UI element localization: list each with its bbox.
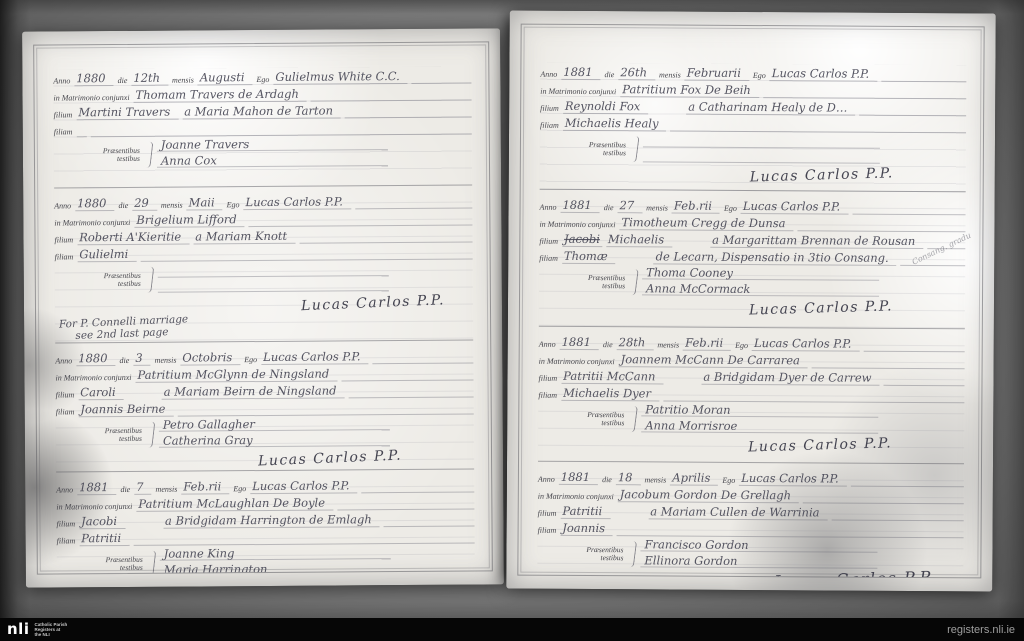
witness-2 — [158, 278, 389, 293]
witness-brace — [143, 267, 154, 293]
witness-1: Petro Gallagher — [159, 416, 390, 432]
nli-logo-icon: nli — [7, 622, 29, 637]
witness-brace — [626, 541, 637, 567]
witness-label: Præsentibus testibus — [55, 265, 141, 296]
witness-1: Francisco Gordon — [640, 537, 877, 552]
entry-groom-father: Roberti A'Kieritie — [77, 230, 189, 246]
entry-year: 1881 — [561, 65, 600, 80]
label-filiam: filiam — [54, 127, 73, 137]
label-anno: Anno — [53, 76, 70, 86]
page-content: Anno 1880 die 12th mensis Augusti Ego Gu… — [35, 42, 491, 573]
entry-day: 18 — [616, 470, 641, 485]
entry-groom-father: Jacobi — [79, 514, 125, 529]
witness-1 — [643, 134, 880, 148]
witness-1: Joanne Travers — [157, 136, 388, 152]
witness-1: Patritio Moran — [641, 402, 878, 417]
witness-2 — [643, 149, 880, 163]
register-entry: Anno 1881 die 26th mensis Februarii Ego … — [540, 63, 967, 192]
entry-groom: Joannem McCann De Carrarea — [619, 352, 808, 368]
witness-2: Maria Harrington — [160, 561, 391, 573]
entry-groom: Patritium McGlynn de Ningsland — [135, 366, 337, 382]
entry-bride: a Mariam Beirn de Ningsland — [162, 383, 345, 399]
witness-1: Joanne King — [160, 545, 391, 561]
entry-bride-father: Thomæ — [562, 249, 616, 264]
entry-year: 1881 — [560, 198, 599, 213]
label-mensis: mensis — [172, 75, 194, 85]
entry-dispensation: de Lecarn, Dispensatio in 3tio Consang. — [654, 249, 897, 265]
footer-bar: nli Catholic Parish Registers at the NLI… — [0, 618, 1024, 641]
witness-2: Anna McCormack — [642, 281, 879, 296]
witness-label: Præsentibus testibus — [54, 140, 140, 171]
entry-groom: Patritium Fox De Beih — [620, 82, 759, 98]
entry-bride: a Bridgidam Dyer de Carrew — [701, 370, 879, 386]
entry-year: 1880 — [75, 196, 114, 211]
entry-day: 28th — [617, 335, 654, 350]
witness-brace — [144, 422, 155, 448]
nli-logo: nli Catholic Parish Registers at the NLI — [0, 622, 67, 637]
witness-label: Præsentibus testibus — [538, 404, 624, 435]
entry-priest: Lucas Carlos P.P. — [770, 66, 877, 82]
entry-day: 26th — [618, 65, 655, 80]
entry-groom-father: Michaelis — [606, 232, 672, 247]
priest-signature: Lucas Carlos P.P. — [748, 435, 892, 455]
entry-groom-father: Patritii McCann — [561, 369, 663, 385]
label-conjunxi: in Matrimonio conjunxi — [53, 93, 129, 104]
entry-bride-father: Michaelis Dyer — [561, 386, 659, 402]
register-page-left: Anno 1880 die 12th mensis Augusti Ego Gu… — [22, 28, 504, 587]
entry-groom: Timotheum Cregg de Dunsa — [619, 215, 793, 231]
page-content: Anno 1881 die 26th mensis Februarii Ego … — [519, 25, 982, 578]
entry-month: Feb.rii — [683, 336, 731, 351]
witness-brace — [628, 136, 639, 162]
entry-month: Februarii — [685, 66, 749, 81]
witness-label: Præsentibus testibus — [57, 549, 143, 574]
entry-groom: Thomam Travers de Ardagh — [133, 87, 306, 103]
entry-priest: Lucas Carlos P.P. — [739, 471, 846, 487]
entry-groom: Brigelium Lifford — [134, 212, 244, 228]
entry-groom-father: Reynoldi Fox — [563, 99, 649, 115]
entry-day: 29 — [132, 196, 157, 211]
priest-signature: Lucas Carlos P.P. — [301, 292, 446, 314]
witness-brace — [627, 269, 638, 295]
register-entry: Anno 1881 die 28th mensis Feb.rii Ego Lu… — [538, 326, 965, 464]
entry-day: 12th — [131, 71, 168, 86]
witness-brace — [145, 551, 156, 574]
marginal-annotation: For P. Connelli marriage see 2nd last pa… — [59, 313, 189, 342]
register-entry: Anno 1881 die 18 mensis Aprilis Ego Luca… — [537, 461, 964, 578]
entry-groom-father-struck: Jacobi — [562, 232, 602, 247]
witness-label: Præsentibus testibus — [539, 267, 625, 298]
priest-signature: Lucas Carlos P.P. — [258, 448, 403, 470]
entry-bride: a Margarittam Brennan de Rousan — [710, 233, 923, 249]
witness-2: Anna Morrisroe — [641, 418, 878, 433]
witness-brace — [142, 142, 153, 168]
entry-year: 1881 — [77, 480, 116, 495]
entry-groom: Patritium McLaughlan De Boyle — [136, 496, 333, 512]
label-filium: filium — [54, 110, 73, 120]
register-entry: Anno 1880 die 3 mensis Octobris Ego Luca… — [55, 340, 474, 472]
entry-day: 3 — [133, 351, 150, 366]
witness-label: Præsentibus testibus — [540, 134, 626, 165]
entry-priest: Lucas Carlos P.P. — [752, 336, 859, 352]
entry-month: Feb.rii — [672, 199, 720, 214]
witness-2: Catherina Gray — [159, 432, 390, 448]
entry-bride: a Maria Mahon de Tarton — [182, 103, 341, 119]
entry-bride: a Bridgidam Harrington de Emlagh — [163, 512, 380, 529]
entry-groom-father: Patritii — [560, 504, 610, 519]
entry-bride-father: Patritii — [79, 531, 129, 546]
entry-month: Octobris — [180, 350, 240, 365]
label-ego: Ego — [256, 75, 269, 85]
register-scan-viewer: Anno 1880 die 12th mensis Augusti Ego Gu… — [0, 0, 1024, 641]
site-url: registers.nli.ie — [947, 624, 1024, 636]
witness-2: Ellinora Gordon — [640, 553, 877, 568]
entry-year: 1881 — [560, 335, 599, 350]
register-entry: Anno 1880 die 12th mensis Augusti Ego Gu… — [53, 67, 472, 188]
witness-label: Præsentibus testibus — [537, 539, 623, 570]
entry-year: 1880 — [76, 351, 115, 366]
entry-priest: Lucas Carlos P.P. — [741, 199, 848, 215]
entry-priest: Lucas Carlos P.P. — [261, 349, 368, 365]
entry-groom-father: Caroli — [78, 385, 124, 400]
entry-bride: a Mariam Cullen de Warrinia — [648, 504, 827, 520]
entry-bride-father: Joannis Beirne — [78, 402, 173, 418]
ruled-line — [412, 81, 472, 84]
entry-bride: a Catharinam Healy de D… — [686, 100, 855, 116]
entry-bride-father: Gulielmi — [77, 247, 136, 262]
register-entry: Anno 1881 die 7 mensis Feb.rii Ego Lucas… — [56, 469, 475, 574]
register-entry: Anno 1880 die 29 mensis Maii Ego Lucas C… — [54, 185, 473, 343]
entry-year: 1880 — [74, 71, 113, 86]
entry-groom-father: Martini Travers — [76, 105, 178, 121]
entry-bride-father: Michaelis Healy — [563, 116, 667, 132]
entry-bride-father — [76, 136, 86, 137]
entry-day: 27 — [617, 198, 642, 213]
register-entry: Anno 1881 die 27 mensis Feb.rii Ego Luca… — [539, 189, 966, 329]
entry-month: Aprilis — [670, 471, 718, 486]
entry-day: 7 — [134, 480, 151, 495]
witness-1: Thoma Cooney — [642, 265, 879, 280]
entry-bride: a Mariam Knott — [193, 229, 295, 245]
witness-brace — [627, 406, 638, 432]
priest-signature: Lucas Carlos P.P. — [750, 165, 894, 185]
entry-month: Augusti — [198, 70, 253, 85]
witness-1 — [158, 263, 389, 278]
entry-year: 1881 — [559, 470, 598, 485]
entry-priest: Lucas Carlos P.P. — [250, 478, 357, 494]
witness-2: Anna Cox — [157, 152, 388, 168]
entry-bride-father: Joannis — [560, 521, 613, 536]
register-page-right: Anno 1881 die 26th mensis Februarii Ego … — [506, 11, 996, 592]
label-die: die — [118, 76, 128, 86]
entry-month: Feb.rii — [181, 479, 229, 494]
entry-month: Maii — [187, 195, 223, 210]
entry-priest: Lucas Carlos P.P. — [243, 194, 350, 210]
entry-groom: Jacobum Gordon De Grellagh — [618, 487, 799, 503]
witness-label: Præsentibus testibus — [56, 420, 142, 451]
nli-logo-caption: Catholic Parish Registers at the NLI — [34, 622, 67, 637]
priest-signature: Lucas Carlos P.P. — [749, 298, 893, 318]
entry-priest: Gulielmus White C.C. — [273, 69, 407, 85]
